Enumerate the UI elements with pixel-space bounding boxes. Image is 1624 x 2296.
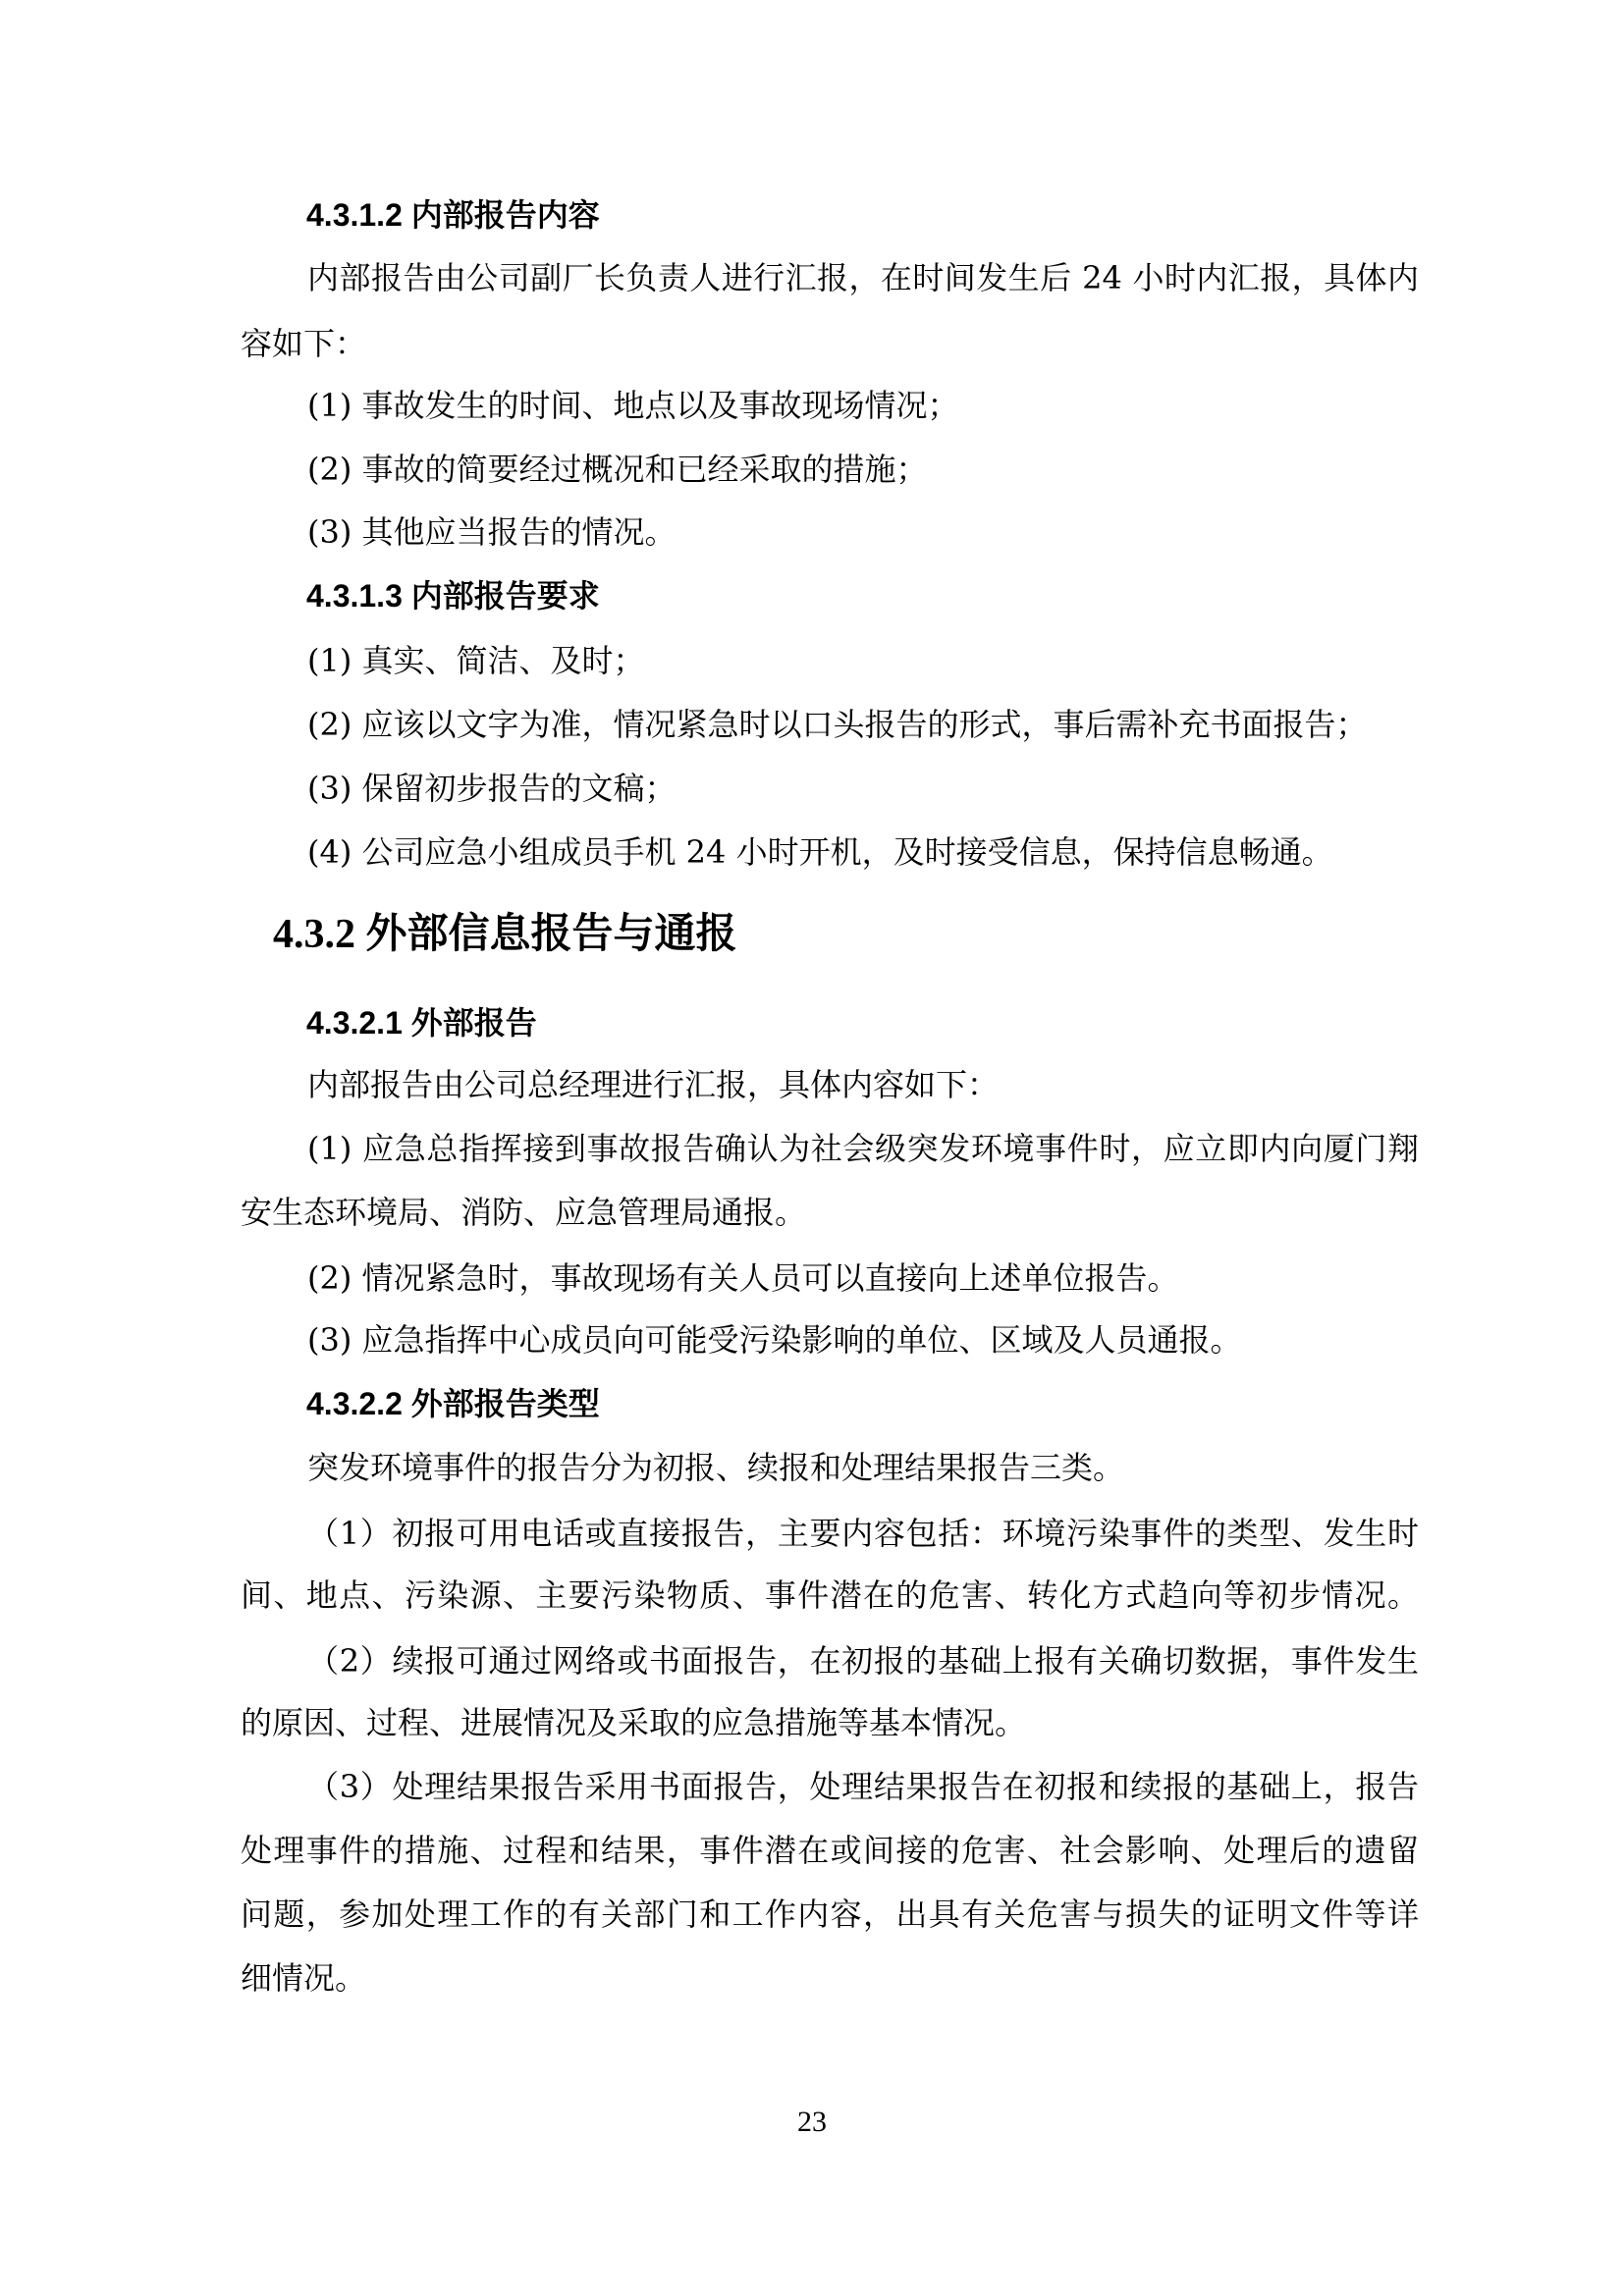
list-item: (1) 应急总指挥接到事故报告确认为社会级突发环境事件时，应立即内向厦门翔 [307,1126,1419,1171]
list-item-continuation: 处理事件的措施、过程和结果，事件潜在或间接的危害、社会影响、处理后的遗留 [241,1828,1419,1873]
list-item: (3) 其他应当报告的情况。 [307,509,677,555]
paragraph-line: 容如下： [241,321,366,366]
heading-4-3-1-3: 4.3.1.3 内部报告要求 [306,573,600,618]
list-item: (2) 应该以文字为准，情况紧急时以口头报告的形式，事后需补充书面报告； [307,702,1368,747]
paragraph-line: 内部报告由公司副厂长负责人进行汇报，在时间发生后 24 小时内汇报，具体内 [307,255,1419,300]
list-item-continuation: 间、地点、污染源、主要污染物质、事件潜在的危害、转化方式趋向等初步情况。 [241,1573,1419,1618]
paragraph-line: 突发环境事件的报告分为初报、续报和处理结果报告三类。 [307,1445,1124,1490]
paragraph-line: 内部报告由公司总经理进行汇报，具体内容如下： [307,1062,999,1107]
list-item: (1) 事故发生的时间、地点以及事故现场情况； [307,383,959,428]
heading-4-3-2: 4.3.2 外部信息报告与通报 [273,907,737,962]
list-item-continuation: 的原因、过程、进展情况及采取的应急措施等基本情况。 [241,1700,1026,1745]
page-number: 23 [0,2106,1624,2139]
list-item-continuation: 安生态环境局、消防、应急管理局通报。 [241,1190,806,1235]
heading-4-3-2-1: 4.3.2.1 外部报告 [306,1000,537,1045]
list-item-continuation: 细情况。 [241,1955,366,2001]
list-item: (2) 情况紧急时，事故现场有关人员可以直接向上述单位报告。 [307,1255,1179,1301]
list-item: （1）初报可用电话或直接报告，主要内容包括：环境污染事件的类型、发生时 [307,1511,1419,1556]
document-page: 4.3.1.2 内部报告内容 内部报告由公司副厂长负责人进行汇报，在时间发生后 … [0,0,1624,2296]
list-item: (1) 真实、简洁、及时； [307,638,645,683]
list-item: (2) 事故的简要经过概况和已经采取的措施； [307,447,928,492]
list-item-continuation: 问题，参加处理工作的有关部门和工作内容，出具有关危害与损失的证明文件等详 [241,1892,1419,1937]
list-item: (4) 公司应急小组成员手机 24 小时开机，及时接受信息，保持信息畅通。 [307,829,1333,875]
list-item: (3) 应急指挥中心成员向可能受污染影响的单位、区域及人员通报。 [307,1317,1242,1362]
heading-4-3-2-2: 4.3.2.2 外部报告类型 [306,1381,600,1426]
list-item: （3）处理结果报告采用书面报告，处理结果报告在初报和续报的基础上，报告 [307,1764,1419,1809]
list-item: (3) 保留初步报告的文稿； [307,766,677,811]
list-item: （2）续报可通过网络或书面报告，在初报的基础上报有关确切数据，事件发生 [307,1638,1419,1683]
heading-4-3-1-2: 4.3.1.2 内部报告内容 [306,192,600,238]
